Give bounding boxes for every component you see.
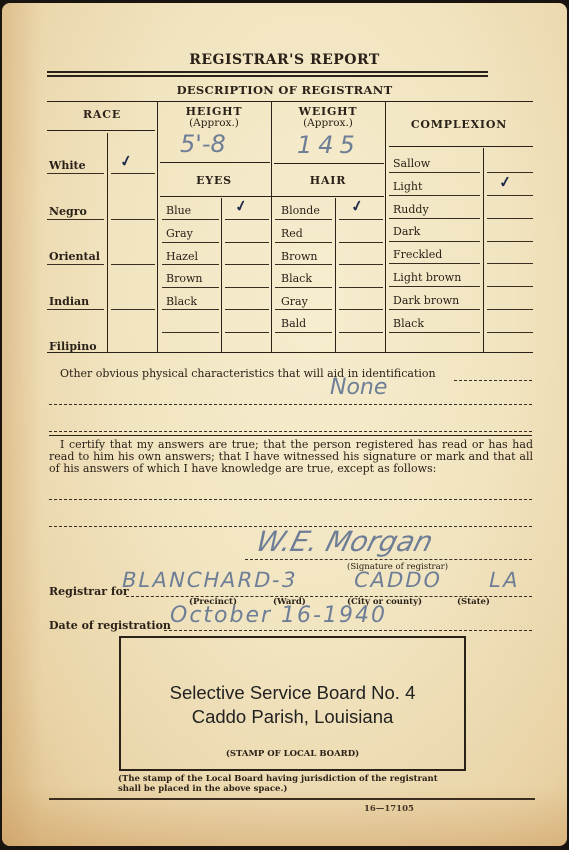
col-divider-race bbox=[157, 101, 158, 352]
complexion-option-light: Light bbox=[393, 180, 422, 193]
stamp-note-line-2: shall be placed in the above space.) bbox=[118, 784, 287, 794]
complexion-option-dark-brown: Dark brown bbox=[393, 294, 459, 307]
hair-row-rule bbox=[275, 219, 332, 220]
stamp-line-2: Caddo Parish, Louisiana bbox=[121, 706, 464, 728]
date-of-registration-line bbox=[164, 630, 532, 631]
stamp-line-1: Selective Service Board No. 4 bbox=[121, 682, 464, 704]
hair-check-rule bbox=[339, 242, 383, 243]
race-check-rule bbox=[111, 219, 155, 220]
complexion-row-rule bbox=[389, 195, 480, 196]
col-divider-weight bbox=[385, 101, 386, 352]
eyes-row-rule bbox=[162, 332, 219, 333]
header-hair: HAIR bbox=[271, 174, 385, 187]
complexion-row-rule bbox=[389, 286, 480, 287]
form-number: 16—17105 bbox=[364, 804, 414, 814]
height-value: 5'-8 bbox=[180, 130, 226, 158]
height-rule bbox=[160, 162, 270, 163]
complexion-row-rule bbox=[389, 241, 480, 242]
other-characteristics-value[interactable]: None bbox=[330, 375, 387, 400]
hair-check-rule bbox=[339, 219, 383, 220]
eyes-row-rule bbox=[162, 309, 219, 310]
table-bottom-rule bbox=[47, 352, 533, 353]
hair-option-blonde: Blonde bbox=[281, 204, 320, 217]
complexion-check-rule bbox=[487, 332, 533, 333]
hair-row-rule bbox=[275, 309, 332, 310]
complexion-check-rule bbox=[487, 263, 533, 264]
complexion-check-divider bbox=[483, 148, 484, 352]
hair-option-red: Red bbox=[281, 227, 303, 240]
hair-row-rule bbox=[275, 287, 332, 288]
hair-check-rule bbox=[339, 309, 383, 310]
header-weight-sub: (Approx.) bbox=[271, 117, 385, 129]
complexion-row-rule bbox=[389, 332, 480, 333]
hair-check-rule bbox=[339, 287, 383, 288]
hair-blonde-check-icon[interactable]: ✓ bbox=[349, 196, 365, 216]
header-height-sub: (Approx.) bbox=[157, 117, 271, 129]
complexion-option-black: Black bbox=[393, 317, 424, 330]
complexion-check-rule bbox=[487, 241, 533, 242]
eyes-row-rule bbox=[162, 287, 219, 288]
hair-check-rule bbox=[339, 332, 383, 333]
complexion-row-rule bbox=[389, 172, 480, 173]
title-double-rule bbox=[47, 71, 488, 77]
other-characteristics-leader bbox=[454, 380, 532, 381]
race-check-rule bbox=[111, 264, 155, 265]
eyes-option-brown: Brown bbox=[166, 272, 202, 285]
complexion-row-rule bbox=[389, 309, 480, 310]
bottom-rule bbox=[49, 798, 535, 800]
complexion-check-rule bbox=[487, 218, 533, 219]
weight-value: 145 bbox=[297, 131, 361, 159]
race-option-indian: Indian bbox=[49, 295, 89, 308]
date-of-registration-label: Date of registration bbox=[49, 619, 171, 632]
eyes-check-rule bbox=[225, 287, 269, 288]
race-row-rule bbox=[47, 219, 104, 220]
other-characteristics-line bbox=[49, 404, 532, 405]
eyes-check-rule bbox=[225, 332, 269, 333]
registrar-for-label: Registrar for bbox=[49, 585, 129, 598]
other-characteristics-line-2 bbox=[49, 431, 532, 432]
race-option-oriental: Oriental bbox=[49, 250, 100, 263]
hair-option-gray: Gray bbox=[281, 295, 308, 308]
race-option-negro: Negro bbox=[49, 205, 87, 218]
stamp-note-line-1: (The stamp of the Local Board having jur… bbox=[118, 774, 438, 784]
race-check-rule bbox=[111, 173, 155, 174]
race-header-rule bbox=[47, 130, 155, 131]
header-race: RACE bbox=[47, 108, 157, 121]
complexion-check-rule bbox=[487, 286, 533, 287]
hair-row-rule bbox=[275, 332, 332, 333]
weight-rule bbox=[274, 163, 384, 164]
date-of-registration-value[interactable]: October 16-1940 bbox=[170, 603, 387, 628]
table-top-rule bbox=[47, 101, 533, 102]
eyes-option-hazel: Hazel bbox=[166, 250, 198, 263]
race-row-rule bbox=[47, 264, 104, 265]
signature-line bbox=[245, 559, 532, 560]
eyes-option-gray: Gray bbox=[166, 227, 193, 240]
eyes-check-rule bbox=[225, 219, 269, 220]
document-title: REGISTRAR'S REPORT bbox=[2, 52, 567, 68]
hair-option-brown: Brown bbox=[281, 250, 317, 263]
complexion-option-sallow: Sallow bbox=[393, 157, 430, 170]
county-value[interactable]: CADDO bbox=[351, 568, 444, 592]
eyes-hair-header-rule bbox=[160, 196, 384, 197]
complexion-option-light-brown: Light brown bbox=[393, 271, 461, 284]
complexion-option-freckled: Freckled bbox=[393, 248, 442, 261]
eyes-option-blue: Blue bbox=[166, 204, 191, 217]
complexion-header-rule bbox=[389, 146, 533, 147]
hair-option-bald: Bald bbox=[281, 317, 306, 330]
race-check-divider bbox=[107, 133, 108, 352]
complexion-check-rule bbox=[487, 309, 533, 310]
race-option-white: White bbox=[49, 159, 86, 172]
document-subtitle: DESCRIPTION OF REGISTRANT bbox=[2, 83, 567, 97]
eyes-row-rule bbox=[162, 264, 219, 265]
state-value[interactable]: LA bbox=[486, 568, 522, 592]
race-row-rule bbox=[47, 173, 104, 174]
eyes-option-black: Black bbox=[166, 295, 197, 308]
eyes-check-divider bbox=[221, 198, 222, 352]
race-option-filipino: Filipino bbox=[49, 340, 97, 353]
exceptions-line bbox=[49, 499, 532, 500]
hair-row-rule bbox=[275, 242, 332, 243]
eyes-blue-check-icon[interactable]: ✓ bbox=[233, 196, 249, 216]
hair-option-black: Black bbox=[281, 272, 312, 285]
hair-row-rule bbox=[275, 264, 332, 265]
complexion-check-rule bbox=[487, 195, 533, 196]
race-check-rule bbox=[111, 309, 155, 310]
eyes-check-rule bbox=[225, 264, 269, 265]
hair-check-rule bbox=[339, 264, 383, 265]
registrar-signature[interactable]: W.E. Morgan bbox=[253, 525, 437, 558]
complexion-row-rule bbox=[389, 218, 480, 219]
eyes-row-rule bbox=[162, 219, 219, 220]
precinct-value[interactable]: BLANCHARD-3 bbox=[119, 568, 299, 592]
local-board-stamp-box: Selective Service Board No. 4 Caddo Pari… bbox=[119, 636, 466, 771]
complexion-option-dark: Dark bbox=[393, 225, 420, 238]
complexion-row-rule bbox=[389, 263, 480, 264]
section-divider-rule bbox=[49, 435, 532, 436]
eyes-check-rule bbox=[225, 309, 269, 310]
hair-check-divider bbox=[335, 198, 336, 352]
draft-card: REGISTRAR'S REPORT DESCRIPTION OF REGIST… bbox=[2, 3, 567, 846]
eyes-row-rule bbox=[162, 242, 219, 243]
col-divider-height bbox=[271, 101, 272, 352]
state-caption: (State) bbox=[457, 597, 490, 607]
certification-text: I certify that my answers are true; that… bbox=[49, 439, 533, 475]
complexion-light-check-icon[interactable]: ✓ bbox=[498, 172, 513, 192]
stamp-caption: (STAMP OF LOCAL BOARD) bbox=[121, 749, 464, 759]
race-white-check-icon[interactable]: ✓ bbox=[118, 151, 134, 171]
complexion-option-ruddy: Ruddy bbox=[393, 203, 429, 216]
header-complexion: COMPLEXION bbox=[385, 118, 533, 131]
header-eyes: EYES bbox=[157, 174, 271, 187]
eyes-check-rule bbox=[225, 242, 269, 243]
race-row-rule bbox=[47, 309, 104, 310]
